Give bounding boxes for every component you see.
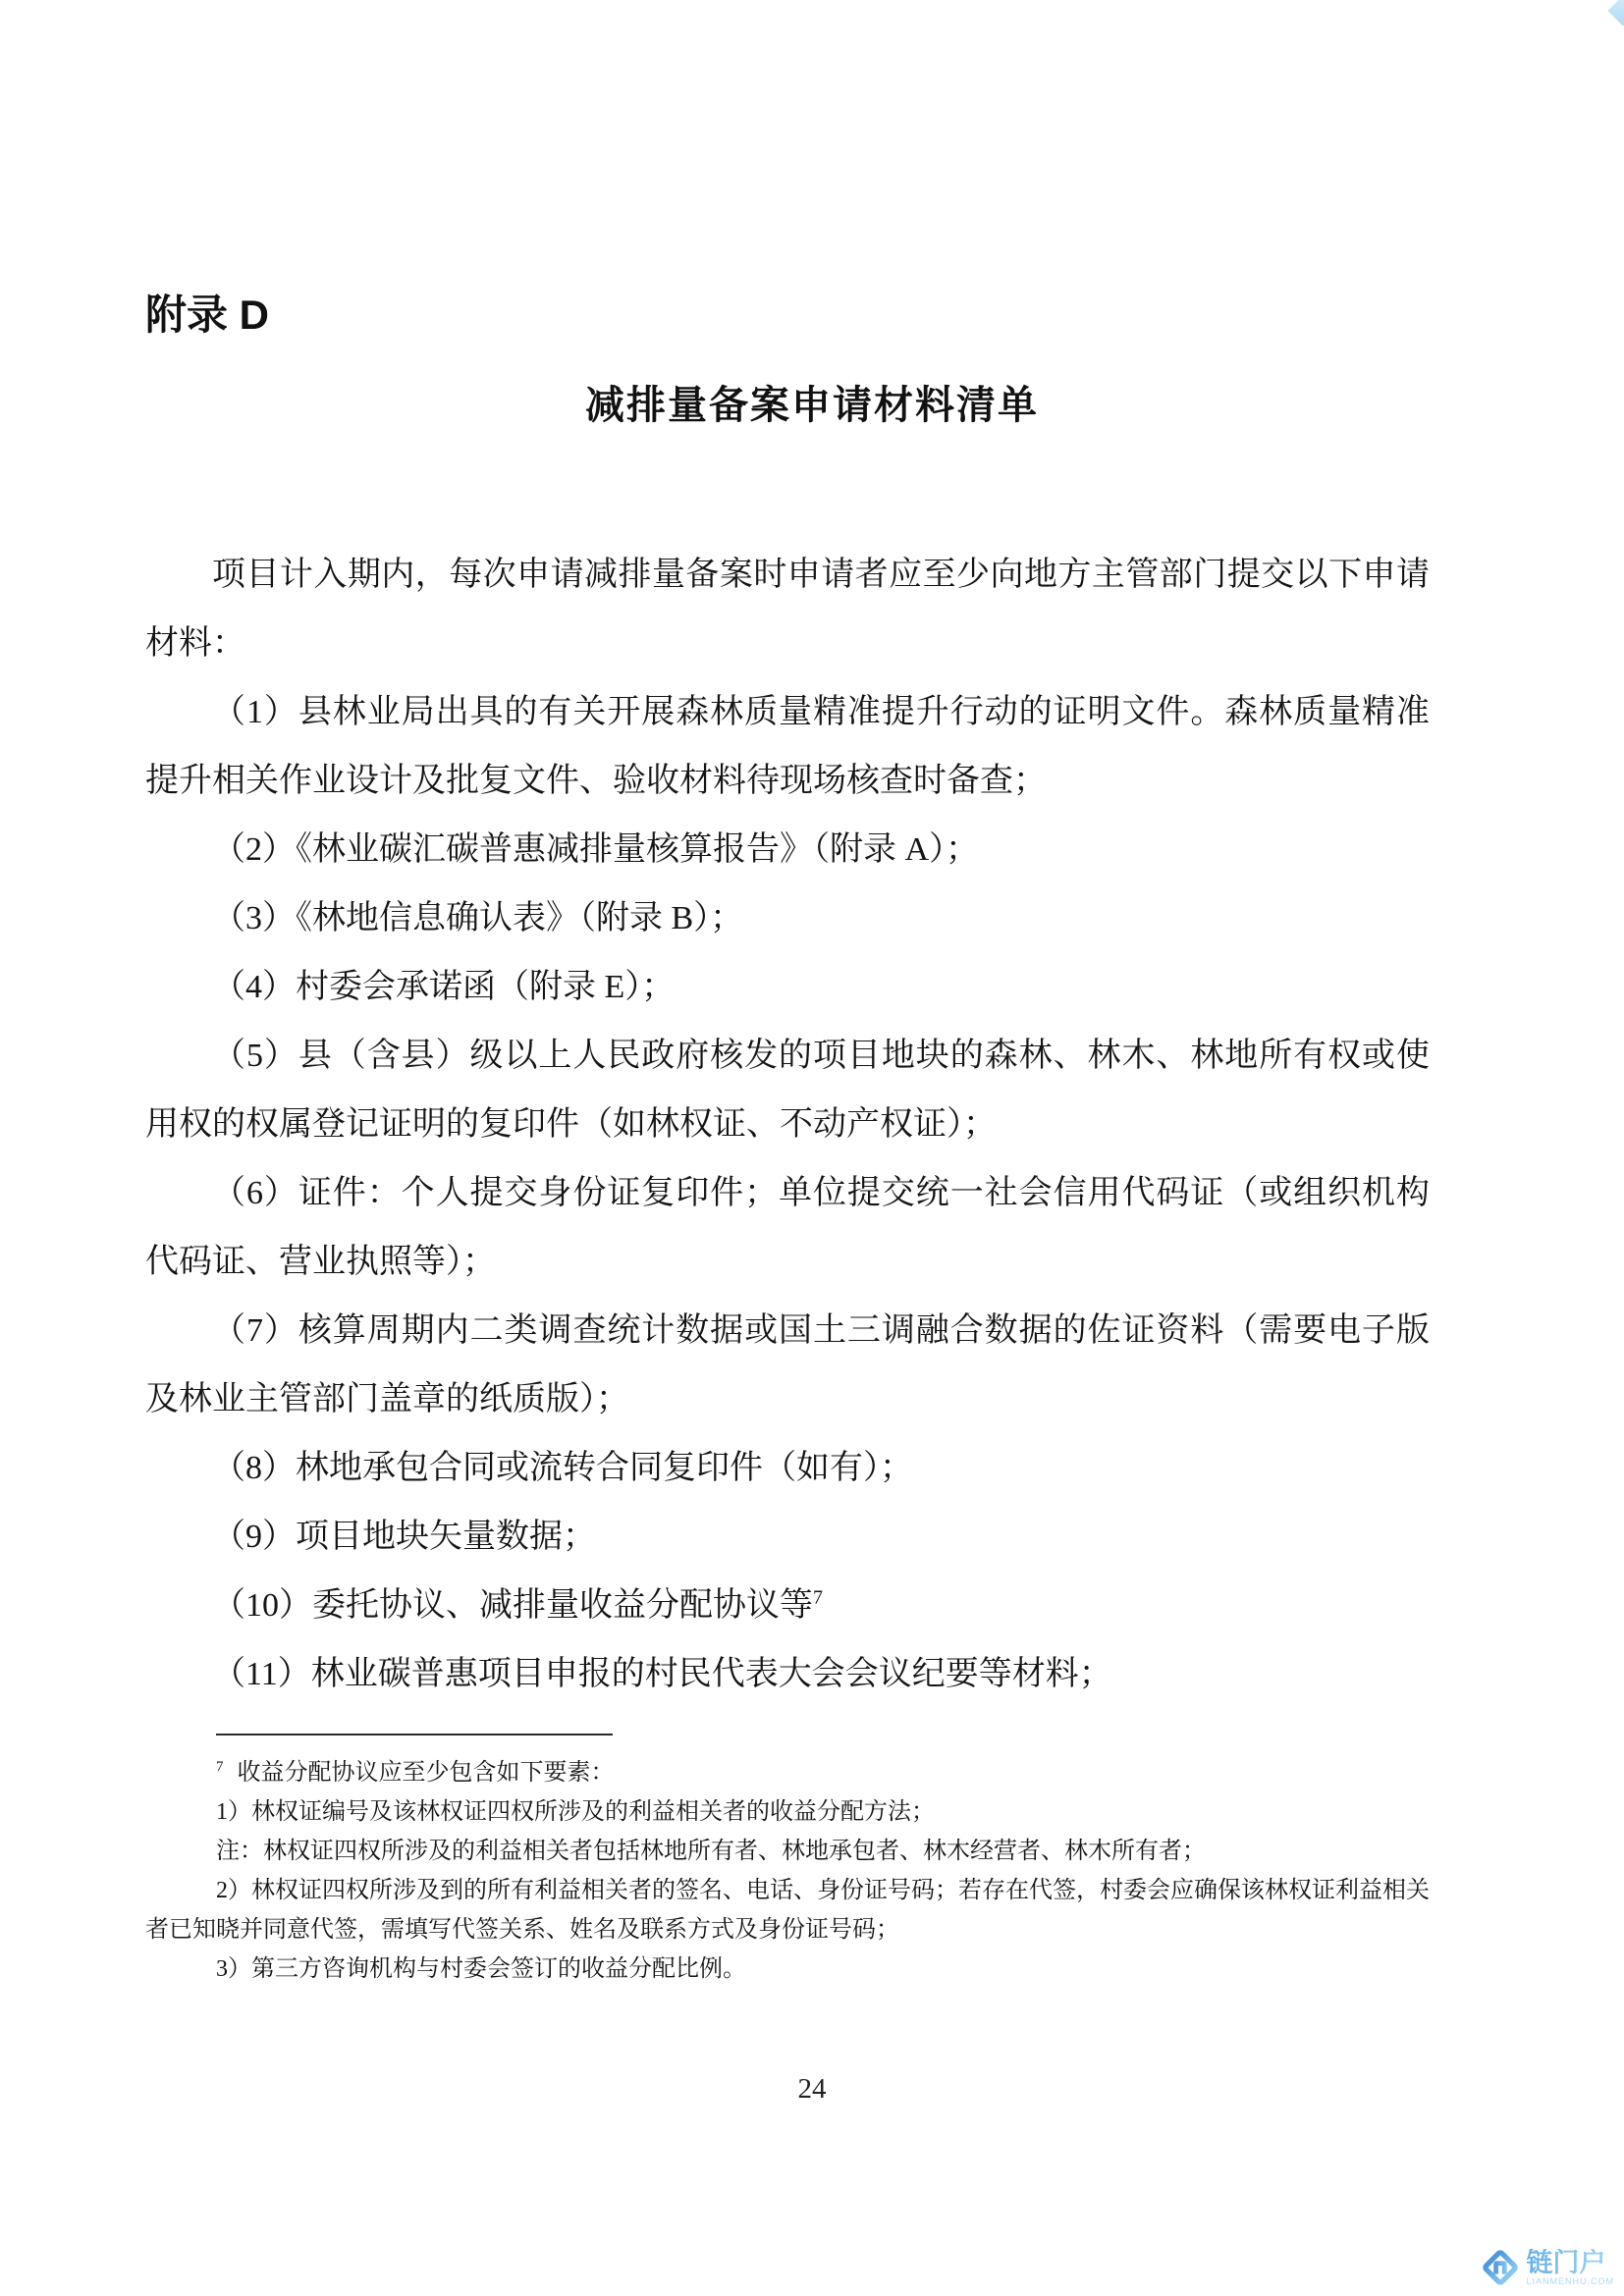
page-title: 减排量备案申请材料清单 [0,379,1624,432]
watermark-domain: LIANMENHU.COM [1526,2276,1614,2287]
body-paragraph: （11）林业碳普惠项目申报的村民代表大会会议纪要等材料； [145,1640,1430,1709]
body-paragraph: （9）项目地块矢量数据； [145,1503,1430,1572]
body-paragraph: （2）《林业碳汇碳普惠减排量核算报告》（附录 A）； [145,816,1430,884]
body-paragraph: （1）县林业局出具的有关开展森林质量精准提升行动的证明文件。森林质量精准提升相关… [145,678,1430,816]
body-paragraph: （5）县（含县）级以上人民政府核发的项目地块的森林、林木、林地所有权或使用权的权… [145,1022,1430,1159]
footnote-separator [216,1734,613,1735]
footnote-item: 7收益分配协议应至少包含如下要素： [145,1753,1430,1792]
watermark-name: 链门户 [1526,2249,1605,2276]
footnote-reference: 7 [813,1587,823,1609]
body-paragraph: （8）林地承包合同或流转合同复印件（如有）； [145,1434,1430,1503]
footnote-item: 1）林权证编号及该林权证四权所涉及的利益相关者的收益分配方法； [145,1792,1430,1832]
footnote-item: 3）第三方咨询机构与村委会签订的收益分配比例。 [145,1949,1430,1989]
diamond-logo-icon [1480,2247,1521,2288]
footnote-item: 注：林权证四权所涉及的利益相关者包括林地所有者、林地承包者、林木经营者、林木所有… [145,1832,1430,1871]
body-paragraph: （10）委托协议、减排量收益分配协议等7 [145,1572,1430,1640]
document-page: 附录 D 减排量备案申请材料清单 项目计入期内，每次申请减排量备案时申请者应至少… [0,0,1624,2296]
body-paragraph: （4）村委会承诺函（附录 E）； [145,953,1430,1022]
body-paragraphs: 项目计入期内，每次申请减排量备案时申请者应至少向地方主管部门提交以下申请材料：（… [145,541,1430,1709]
watermark-logo: 链门户 LIANMENHU.COM [1480,2247,1614,2288]
appendix-heading: 附录 D [145,287,269,344]
footnotes: 7收益分配协议应至少包含如下要素：1）林权证编号及该林权证四权所涉及的利益相关者… [145,1753,1430,1989]
watermark-text: 链门户 LIANMENHU.COM [1526,2249,1614,2287]
footnote-item: 2）林权证四权所涉及到的所有利益相关者的签名、电话、身份证号码；若存在代签，村委… [145,1871,1430,1949]
page-number: 24 [0,2073,1624,2106]
body-paragraph: （3）《林地信息确认表》（附录 B）； [145,884,1430,953]
body-paragraph: （7）核算周期内二类调查统计数据或国土三调融合数据的佐证资料（需要电子版及林业主… [145,1297,1430,1434]
body-paragraph: （6）证件：个人提交身份证复印件；单位提交统一社会信用代码证（或组织机构代码证、… [145,1159,1430,1297]
body-paragraph: 项目计入期内，每次申请减排量备案时申请者应至少向地方主管部门提交以下申请材料： [145,541,1430,678]
corner-watermark-fragment [1607,0,1624,27]
footnote-marker: 7 [216,1759,224,1775]
